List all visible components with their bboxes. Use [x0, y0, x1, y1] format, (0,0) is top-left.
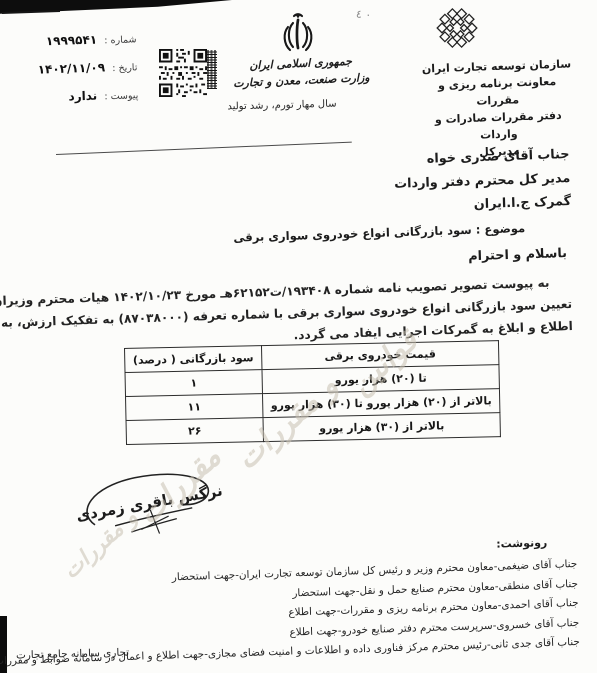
reference-block: شماره : ۱۹۹۹۵۴۱ تاریخ : ۱۴۰۲/۱۱/۰۹ پیوست… — [24, 24, 139, 112]
tpo-logo-english-text: Trade Promotion Organization of Iran — [425, 1, 427, 2]
cell-profit-2: ۱۱ — [126, 394, 263, 421]
ref-number-value: ۱۹۹۹۵۴۱ — [46, 33, 98, 49]
ref-date-row: تاریخ : ۱۴۰۲/۱۱/۰۹ — [25, 52, 138, 84]
ref-number-row: شماره : ۱۹۹۹۵۴۱ — [24, 24, 137, 56]
ref-date-value: ۱۴۰۲/۱۱/۰۹ — [37, 60, 105, 76]
ref-attachment-row: پیوست : ندارد — [26, 80, 139, 112]
tariff-table: قیمت خودروی برقی سود بازرگانی ( درصد) تا… — [124, 340, 501, 445]
cc-label: رونوشت: — [496, 536, 547, 551]
ministry-header: جمهوری اسلامی ایران وزارت صنعت، معدن و ت… — [225, 52, 376, 93]
scanned-letter-page: شماره : ۱۹۹۹۵۴۱ تاریخ : ۱۴۰۲/۱۱/۰۹ پیوست… — [0, 0, 597, 673]
ref-number-label: شماره : — [104, 34, 136, 46]
year-slogan: سال مهار تورم، رشد تولید — [226, 99, 338, 113]
cell-profit-1: ۱ — [125, 370, 262, 397]
tpo-logo-persian-text: سازمان توسعه تجارت ایران — [425, 1, 427, 2]
signature-name-text: نرگس باقری زمردی — [75, 481, 224, 524]
tpo-logo-icon: Trade Promotion Organization of Iran ساز… — [425, 1, 489, 59]
header-divider-line — [56, 142, 352, 155]
cell-price-3: بالاتر از (۳۰) هزار یورو — [263, 413, 500, 442]
barcode-strip-icon — [207, 50, 217, 89]
handwritten-mark: ٠ ٤ — [356, 7, 372, 21]
ref-attachment-label: پیوست : — [104, 90, 138, 102]
org-line-3: دفتر مقررات صادرات و واردات — [418, 106, 579, 146]
cell-profit-3: ۲۶ — [126, 418, 263, 445]
subject-line: موضوع : سود بازرگانی انواع خودروی سواری … — [233, 221, 525, 245]
salutation: باسلام و احترام — [468, 246, 567, 264]
svg-text:سازمان توسعه تجارت ایران: سازمان توسعه تجارت ایران — [425, 1, 427, 2]
org-line-2: معاونت برنامه ریزی و مقررات — [417, 72, 578, 112]
svg-text:Trade Promotion Organization o: Trade Promotion Organization of Iran — [425, 1, 427, 2]
ref-date-label: تاریخ : — [112, 62, 137, 74]
ref-attachment-value: ندارد — [68, 89, 97, 104]
recipient-block: جناب آقای صدری خواه مدیر کل محترم دفتر و… — [393, 143, 571, 219]
signature: نرگس باقری زمردی — [68, 460, 232, 548]
iran-emblem-icon — [280, 11, 316, 57]
col-header-profit: سود بازرگانی ( درصد) — [125, 346, 262, 373]
qr-code-icon — [159, 49, 207, 97]
